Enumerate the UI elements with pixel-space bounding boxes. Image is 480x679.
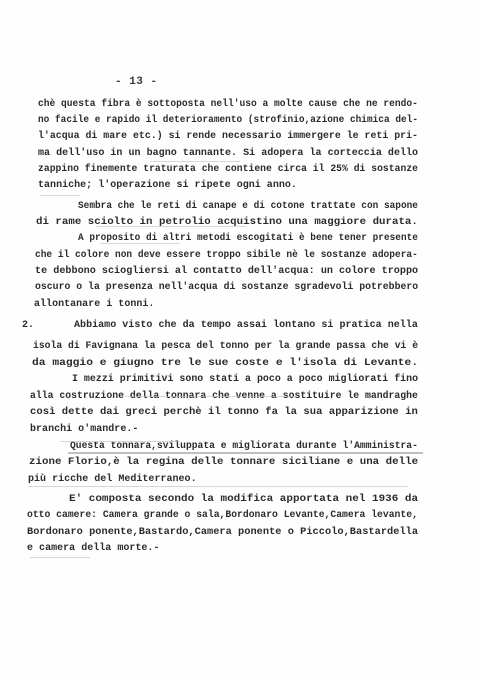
- text-line: da maggio e giugno tre le sue coste e l'…: [32, 358, 418, 370]
- scan-mark: [100, 243, 180, 244]
- text-line: allontanare i tonni.: [34, 299, 154, 311]
- text-line: e camera della morte.-: [27, 543, 159, 555]
- text-line: alla costruzione della tonnara che venne…: [30, 391, 418, 403]
- text-line: zappino finemente traturata che contiene…: [38, 164, 418, 176]
- scan-mark: [60, 441, 180, 442]
- text-line: più ricche del Mediterraneo.: [28, 474, 197, 486]
- text-line: isola di Favignana la pesca del tonno pe…: [33, 341, 418, 353]
- scan-mark: [96, 226, 246, 227]
- text-line: no facile e rapido il deterioramento (st…: [38, 115, 418, 127]
- text-line: tanniche; l'operazione si ripete ogni an…: [38, 180, 297, 192]
- text-line: Sembra che le reti di canape e di cotone…: [78, 201, 418, 213]
- document-page: - 13 - chè questa fibra è sottoposta nel…: [0, 0, 480, 679]
- text-line: che il colore non deve essere troppo sib…: [35, 250, 418, 262]
- text-line: così dette dai greci perchè il tonno fa …: [30, 407, 418, 419]
- scan-mark: [125, 396, 295, 397]
- text-line: oscuro o la presenza nell'acqua di sosta…: [35, 282, 418, 294]
- scan-mark: [28, 486, 408, 487]
- scan-mark: [40, 195, 80, 196]
- text-line: zione Florio,è la regina delle tonnare s…: [29, 457, 418, 469]
- scan-mark: [150, 161, 240, 162]
- page-number: - 13 -: [115, 76, 158, 88]
- text-line: Abbiamo visto che da tempo assai lontano…: [74, 320, 418, 332]
- text-line: I mezzi primitivi sono stati a poco a po…: [72, 374, 418, 386]
- text-line: ma dell'uso in un bagno tannante. Si ado…: [38, 148, 418, 160]
- text-line: Bordonaro ponente,Bastardo,Camera ponent…: [27, 527, 418, 539]
- text-line: chè questa fibra è sottoposta nell'uso a…: [38, 99, 418, 111]
- underline-mark: [68, 452, 423, 454]
- section-number: 2.: [22, 320, 34, 331]
- text-line: l'acqua di mare etc.) si rende necessari…: [38, 131, 418, 143]
- scan-mark: [30, 557, 90, 558]
- text-line: branchi o'mandre.-: [30, 424, 138, 436]
- text-line: otto camere: Camera grande o sala,Bordon…: [27, 510, 418, 522]
- text-line: di rame sciolto in petrolio acquistino u…: [36, 217, 418, 229]
- text-line: te debbono sciogliersi al contatto dell'…: [35, 266, 418, 278]
- text-line: E' composta secondo la modifica apportat…: [69, 494, 418, 506]
